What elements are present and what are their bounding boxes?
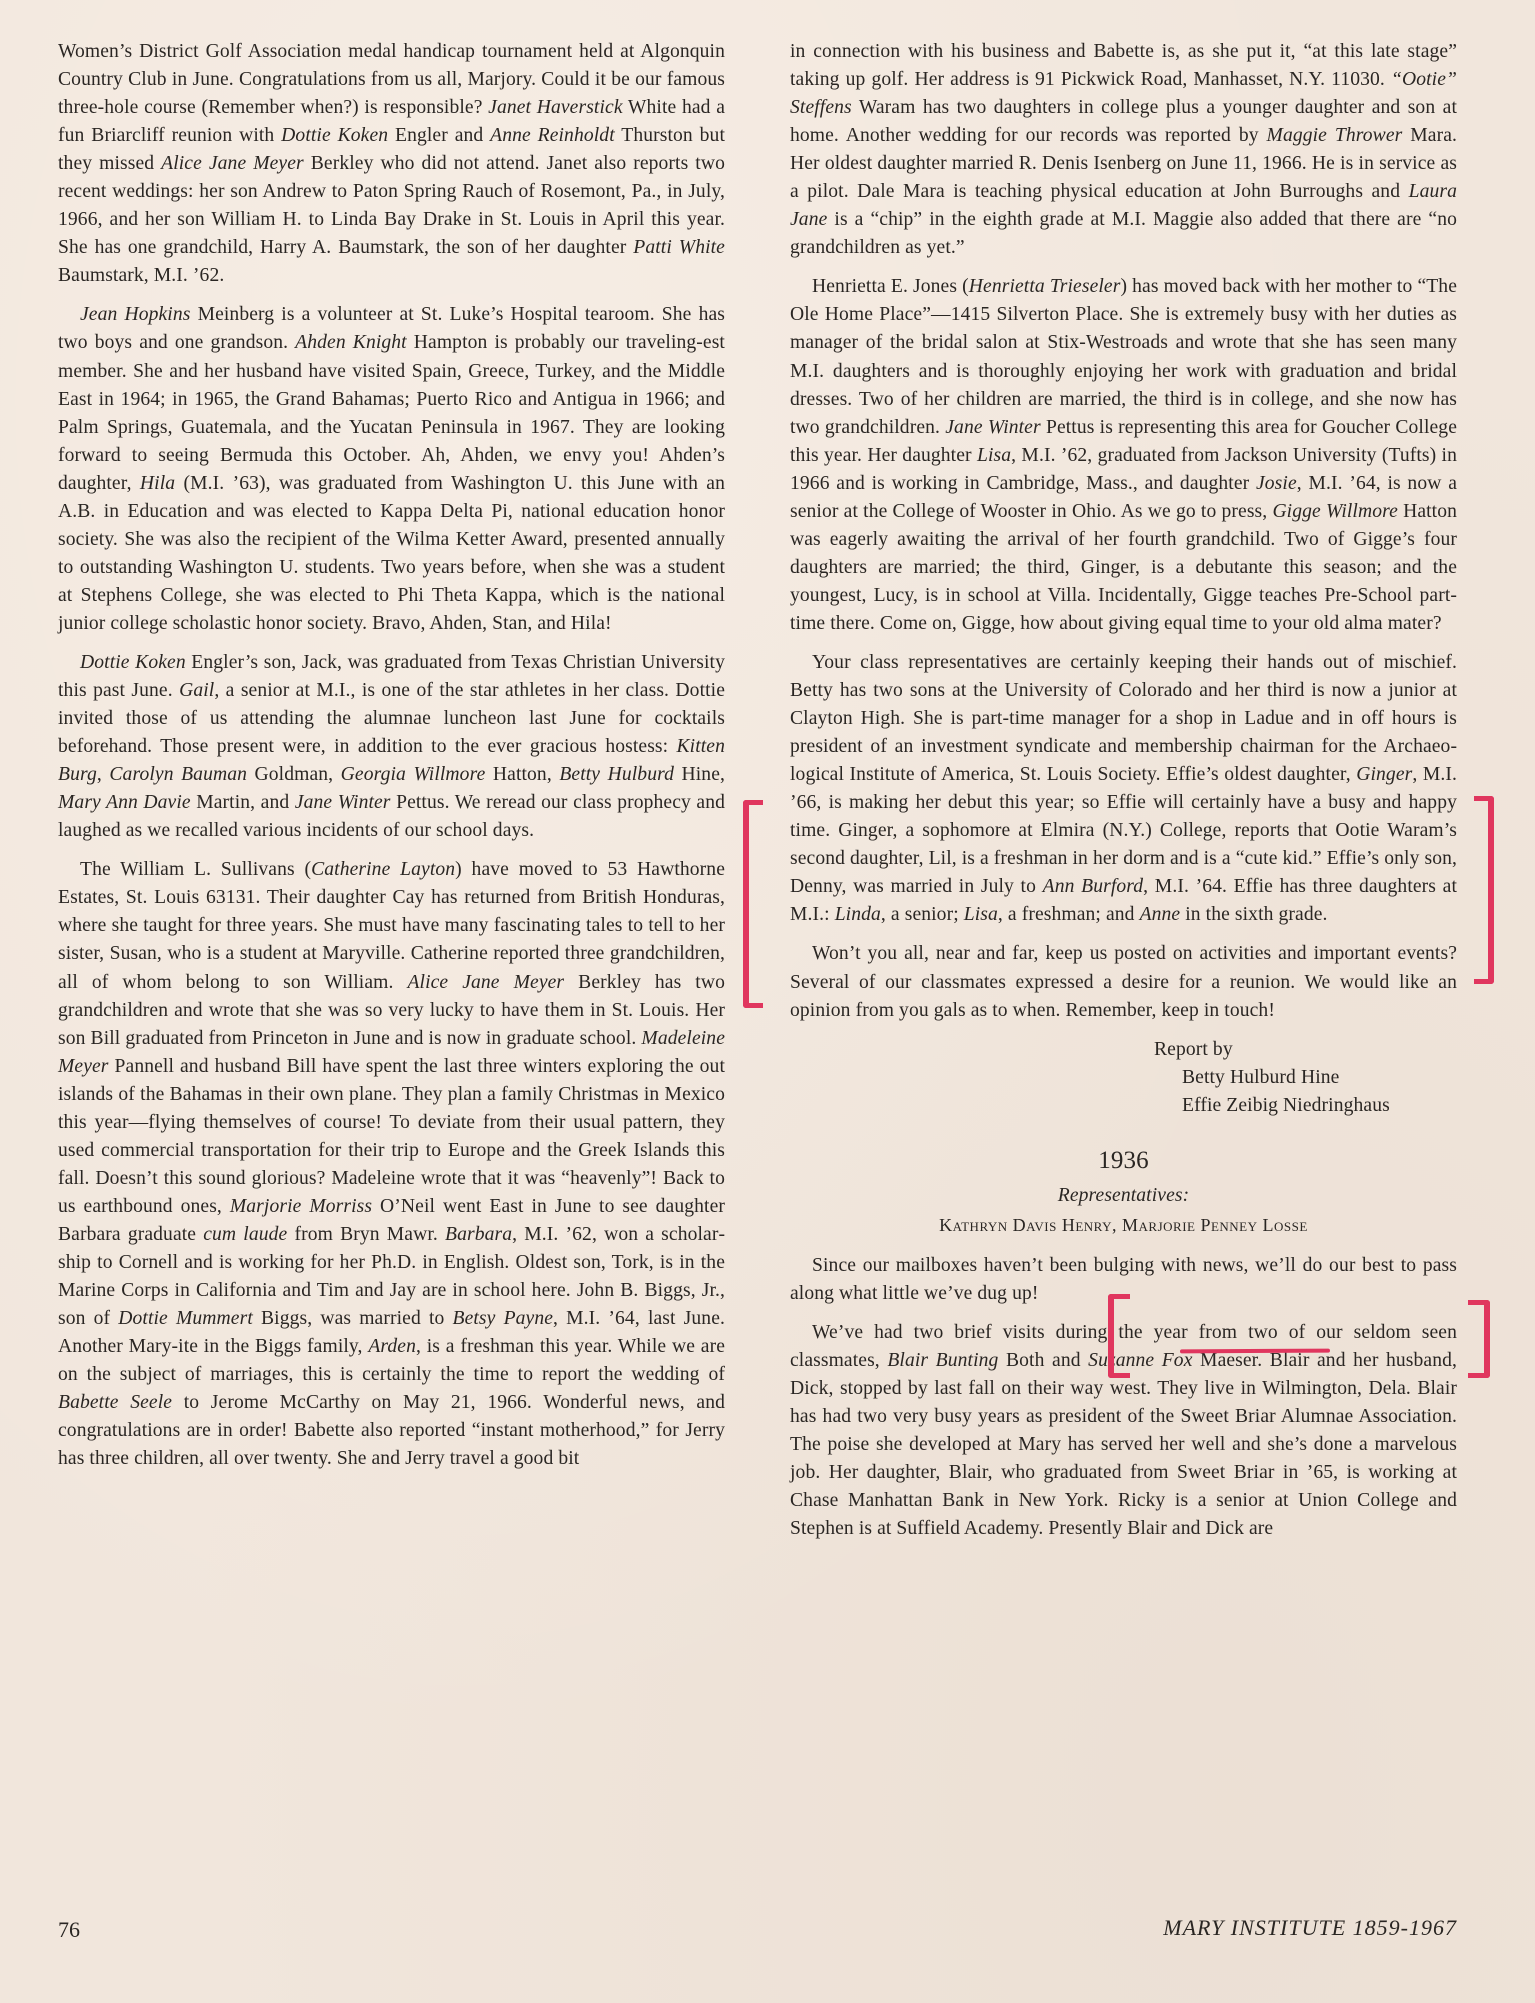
red-bracket-left-icon (743, 800, 763, 1008)
paragraph: in connection with his business and Babe… (790, 38, 1457, 262)
representatives-names: Kathryn Davis Henry, Marjorie Penney Los… (790, 1210, 1457, 1240)
signoff-bracket-left-icon (1108, 1294, 1130, 1378)
scanned-page: Women’s District Golf Association medal … (0, 0, 1535, 2003)
paragraph: The William L. Sullivans (Catherine Layt… (58, 856, 725, 1473)
red-underline-icon (1180, 1349, 1330, 1354)
report-signoff: Report by Betty Hulburd Hine Effie Zeibi… (790, 1036, 1457, 1120)
signoff-bracket-right-icon (1468, 1300, 1490, 1378)
left-column: Women’s District Golf Association medal … (58, 38, 725, 1484)
paragraph: Henrietta E. Jones (Henrietta Trieseler)… (790, 273, 1457, 638)
paragraph: Jean Hopkins Meinberg is a volunteer at … (58, 301, 725, 638)
paragraph: Won’t you all, near and far, keep us pos… (790, 940, 1457, 1024)
class-1936-header: 1936 Representatives: Kathryn Davis Henr… (790, 1144, 1457, 1240)
signoff-name-1: Betty Hulburd Hine (1154, 1064, 1457, 1092)
paragraph: Women’s District Golf Association medal … (58, 38, 725, 290)
class-year-heading: 1936 (790, 1144, 1457, 1178)
representatives-label: Representatives: (790, 1182, 1457, 1210)
paragraph: Dottie Koken Engler’s son, Jack, was gra… (58, 649, 725, 845)
red-bracket-right-icon (1474, 796, 1494, 984)
signoff-label: Report by (1154, 1036, 1457, 1064)
running-footer: MARY INSTITUTE 1859-1967 (1163, 1915, 1457, 1941)
right-column-paragraphs: in connection with his business and Babe… (790, 38, 1457, 1025)
page-number: 76 (58, 1917, 80, 1943)
paragraph: Your class representatives are certainly… (790, 649, 1457, 929)
signoff-name-2: Effie Zeibig Niedringhaus (1154, 1092, 1457, 1120)
